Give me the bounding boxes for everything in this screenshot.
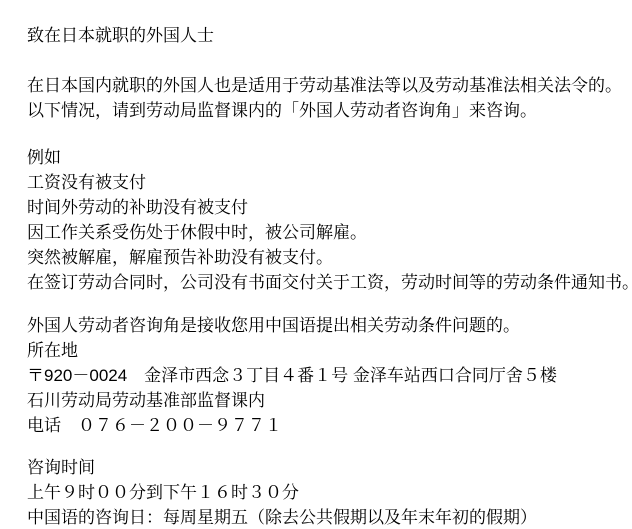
intro-paragraph: 在日本国内就职的外国人也是适用于劳动基准法等以及劳动基准法相关法令的。 以下情况…	[27, 73, 626, 123]
hours-section: 咨询时间 上午９时００分到下午１６时３０分 中国语的咨询日：每周星期五（除去公共…	[27, 455, 626, 529]
document-title: 致在日本就职的外国人士	[27, 23, 626, 48]
intro-line-1: 在日本国内就职的外国人也是适用于劳动基准法等以及劳动基准法相关法令的。	[27, 73, 626, 98]
example-item: 在签订劳动合同时，公司没有书面交付关于工资，劳动时间等的劳动条件通知书。	[27, 270, 626, 295]
hours-heading: 咨询时间	[27, 455, 626, 480]
example-item: 工资没有被支付	[27, 170, 626, 195]
office-department: 石川劳动局劳动基准部监督课内	[27, 388, 626, 413]
office-intro: 外国人劳动者咨询角是接收您用中国语提出相关劳动条件问题的。	[27, 313, 626, 338]
examples-section: 例如 工资没有被支付 时间外劳动的补助没有被支付 因工作关系受伤处于休假中时，被…	[27, 145, 626, 295]
office-address: 〒920－0024 金泽市西念３丁目４番１号 金泽车站西口合同厅舍５楼	[27, 363, 626, 388]
document-page: 致在日本就职的外国人士 在日本国内就职的外国人也是适用于劳动基准法等以及劳动基准…	[0, 0, 632, 529]
office-section: 外国人劳动者咨询角是接收您用中国语提出相关劳动条件问题的。 所在地 〒920－0…	[27, 313, 626, 438]
example-item: 因工作关系受伤处于休假中时，被公司解雇。	[27, 220, 626, 245]
office-location-label: 所在地	[27, 338, 626, 363]
hours-time: 上午９时００分到下午１６时３０分	[27, 480, 626, 505]
hours-chinese-day: 中国语的咨询日：每周星期五（除去公共假期以及年末年初的假期）	[27, 505, 626, 529]
example-item: 突然被解雇，解雇预告补助没有被支付。	[27, 245, 626, 270]
examples-heading: 例如	[27, 145, 626, 170]
office-phone: 电话 ０７６－２００－９７７１	[27, 413, 626, 438]
example-item: 时间外劳动的补助没有被支付	[27, 195, 626, 220]
intro-line-2: 以下情况，请到劳动局监督课内的「外国人劳动者咨询角」来咨询。	[27, 98, 626, 123]
